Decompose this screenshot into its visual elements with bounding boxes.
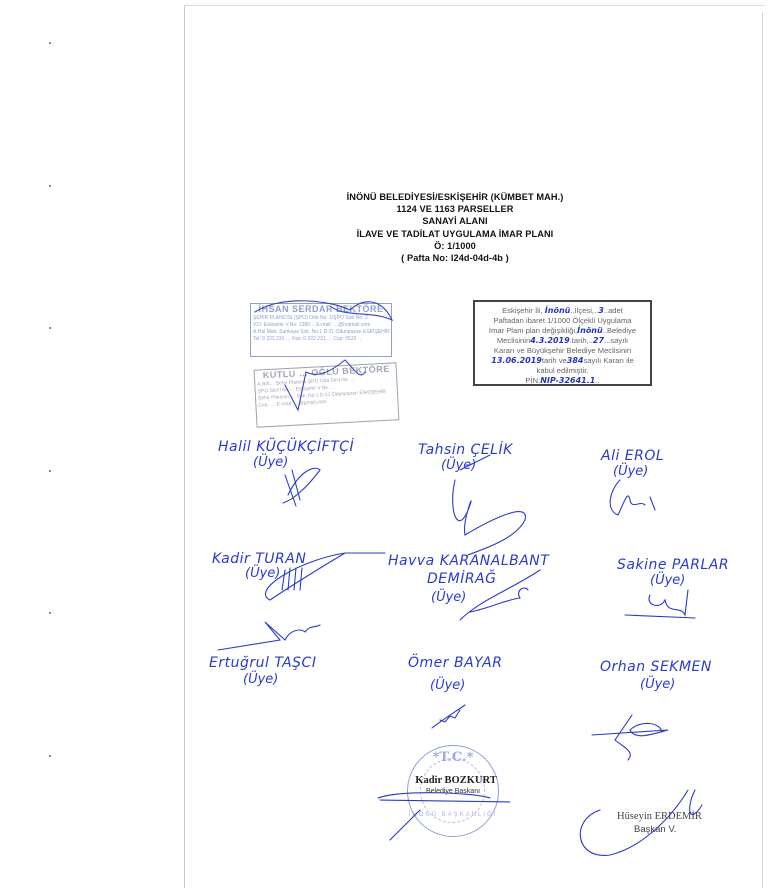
scan-artifact: [49, 327, 51, 329]
vice-president-title: Başkan V.: [634, 824, 676, 835]
approval-text: sayılı Kararı ile: [583, 356, 633, 365]
approval-text: kabul edilmiştir.: [475, 366, 650, 376]
pin-value: NIP-32641.1: [540, 376, 595, 385]
title-line-parcels: 1124 VE 1163 PARSELLER: [330, 203, 580, 215]
signatory-name: Halil KÜÇÜKÇİFTÇİ: [218, 439, 354, 455]
scan-artifact: [49, 470, 51, 472]
approval-stamp-box: Eskişehir İli, İnönü..İlçesi,..3..adet P…: [473, 300, 652, 386]
planner-stamp-name: İHSAN SERDAR BEKTÖRE: [251, 304, 391, 315]
signatory-name: Tahsin ÇELİK: [418, 442, 513, 458]
page-edge: [762, 12, 763, 888]
planner-stamp-1: İHSAN SERDAR BEKTÖRE ŞEHİR PLANCISI (ŞPO…: [250, 303, 392, 357]
handwritten-council-date: 4.3.2019: [530, 336, 569, 345]
signatory-role: (Üye): [613, 464, 648, 479]
signatory-role: (Üye): [441, 458, 476, 473]
approval-text: İmar Planı plan değişikliği,: [489, 326, 577, 335]
signatory-name-line2: DEMİRAĞ: [427, 571, 497, 587]
title-line-plan-type: İLAVE VE TADİLAT UYGULAMA İMAR PLANI: [330, 228, 580, 240]
approval-text: adet: [608, 306, 623, 315]
stamp-line: V.D: Eskişehir V.No: 1380… E-mail: …@hot…: [251, 322, 391, 329]
stamp-line: A.Hal Mah. Sarıkaya Sok. No:1 D:21 Odunp…: [251, 329, 391, 336]
handwritten-metro-date: 13.06.2019: [491, 356, 542, 365]
handwritten-decision-number: 27: [593, 336, 604, 345]
pin-label: PİN:: [525, 376, 540, 385]
approval-text: Meclisinin: [497, 336, 530, 345]
vice-president-name: Hüseyin ERDEMİR: [617, 811, 702, 822]
title-line-scale: Ö: 1/1000: [330, 240, 580, 252]
title-line-municipality: İNÖNÜ BELEDİYESİ/ESKİŞEHİR (KÜMBET MAH.): [330, 191, 580, 203]
title-line-area: SANAYİ ALANI: [330, 215, 580, 227]
seal-ring-text: İNÖNÜ BAŞKANLIĞI: [408, 812, 498, 818]
approval-text: Paftadan ibaret 1/1000 Ölçekli Uygulama: [475, 316, 650, 326]
signatory-name: Kadir TURAN: [212, 551, 306, 567]
scan-artifact: [49, 612, 51, 614]
signatory-name: Havva KARANALBANT: [388, 553, 549, 569]
scan-artifact: [49, 755, 51, 757]
signatory-role: (Üye): [640, 677, 675, 692]
stamp-line: ŞEHİR PLANCISI (ŞPO) Oda No: 1/ŞPO Sicil…: [251, 315, 391, 322]
signatory-name: Sakine PARLAR: [617, 557, 729, 573]
seal-emblem: *T.C.*: [408, 750, 498, 765]
handwritten-district: İnönü: [545, 306, 571, 315]
signatory-role: (Üye): [431, 590, 466, 605]
mayor-name: Kadir BOZKURT: [404, 775, 508, 786]
approval-text: Kararı ve Büyükşehir Belediye Meclisinin: [475, 346, 650, 356]
signatory-name: Orhan SEKMEN: [600, 659, 712, 675]
approval-text: tarih,: [572, 336, 589, 345]
mayor-seal: *T.C.* Kadir BOZKURT Belediye Başkanı İN…: [407, 745, 499, 837]
approval-text: İlçesi,: [575, 306, 594, 315]
signatory-role: (Üye): [253, 455, 288, 470]
handwritten-sheet-count: 3: [598, 306, 604, 315]
signatory-name: Ömer BAYAR: [408, 655, 502, 671]
scan-artifact: [49, 42, 51, 44]
approval-text: Belediye: [607, 326, 636, 335]
title-line-sheet-number: ( Pafta No: I24d-04d-4b ): [330, 252, 580, 264]
approval-text: sayılı: [610, 336, 628, 345]
signatory-name: Ertuğrul TAŞCI: [209, 655, 316, 671]
stamp-line: Tel: 0 222 231 … Fax: 0 222 231 … Cep: 0…: [251, 336, 391, 343]
signatory-role: (Üye): [430, 678, 465, 693]
signatory-role: (Üye): [245, 566, 280, 581]
approval-text: tarih ve: [542, 356, 567, 365]
handwritten-metro-decision-number: 384: [567, 356, 584, 365]
mayor-title: Belediye Başkanı: [408, 788, 498, 795]
signatory-role: (Üye): [650, 573, 685, 588]
plan-title-block: İNÖNÜ BELEDİYESİ/ESKİŞEHİR (KÜMBET MAH.)…: [330, 191, 580, 264]
signatory-role: (Üye): [243, 672, 278, 687]
handwritten-municipality: İnönü: [577, 326, 603, 335]
planner-stamp-2: KUTLU … OĞLU BEKTÖRE A.Böl… Şehir Plancı…: [254, 362, 400, 427]
scan-artifact: [49, 185, 51, 187]
signatory-name: Ali EROL: [601, 448, 664, 464]
approval-text: Eskişehir İli,: [502, 306, 543, 315]
